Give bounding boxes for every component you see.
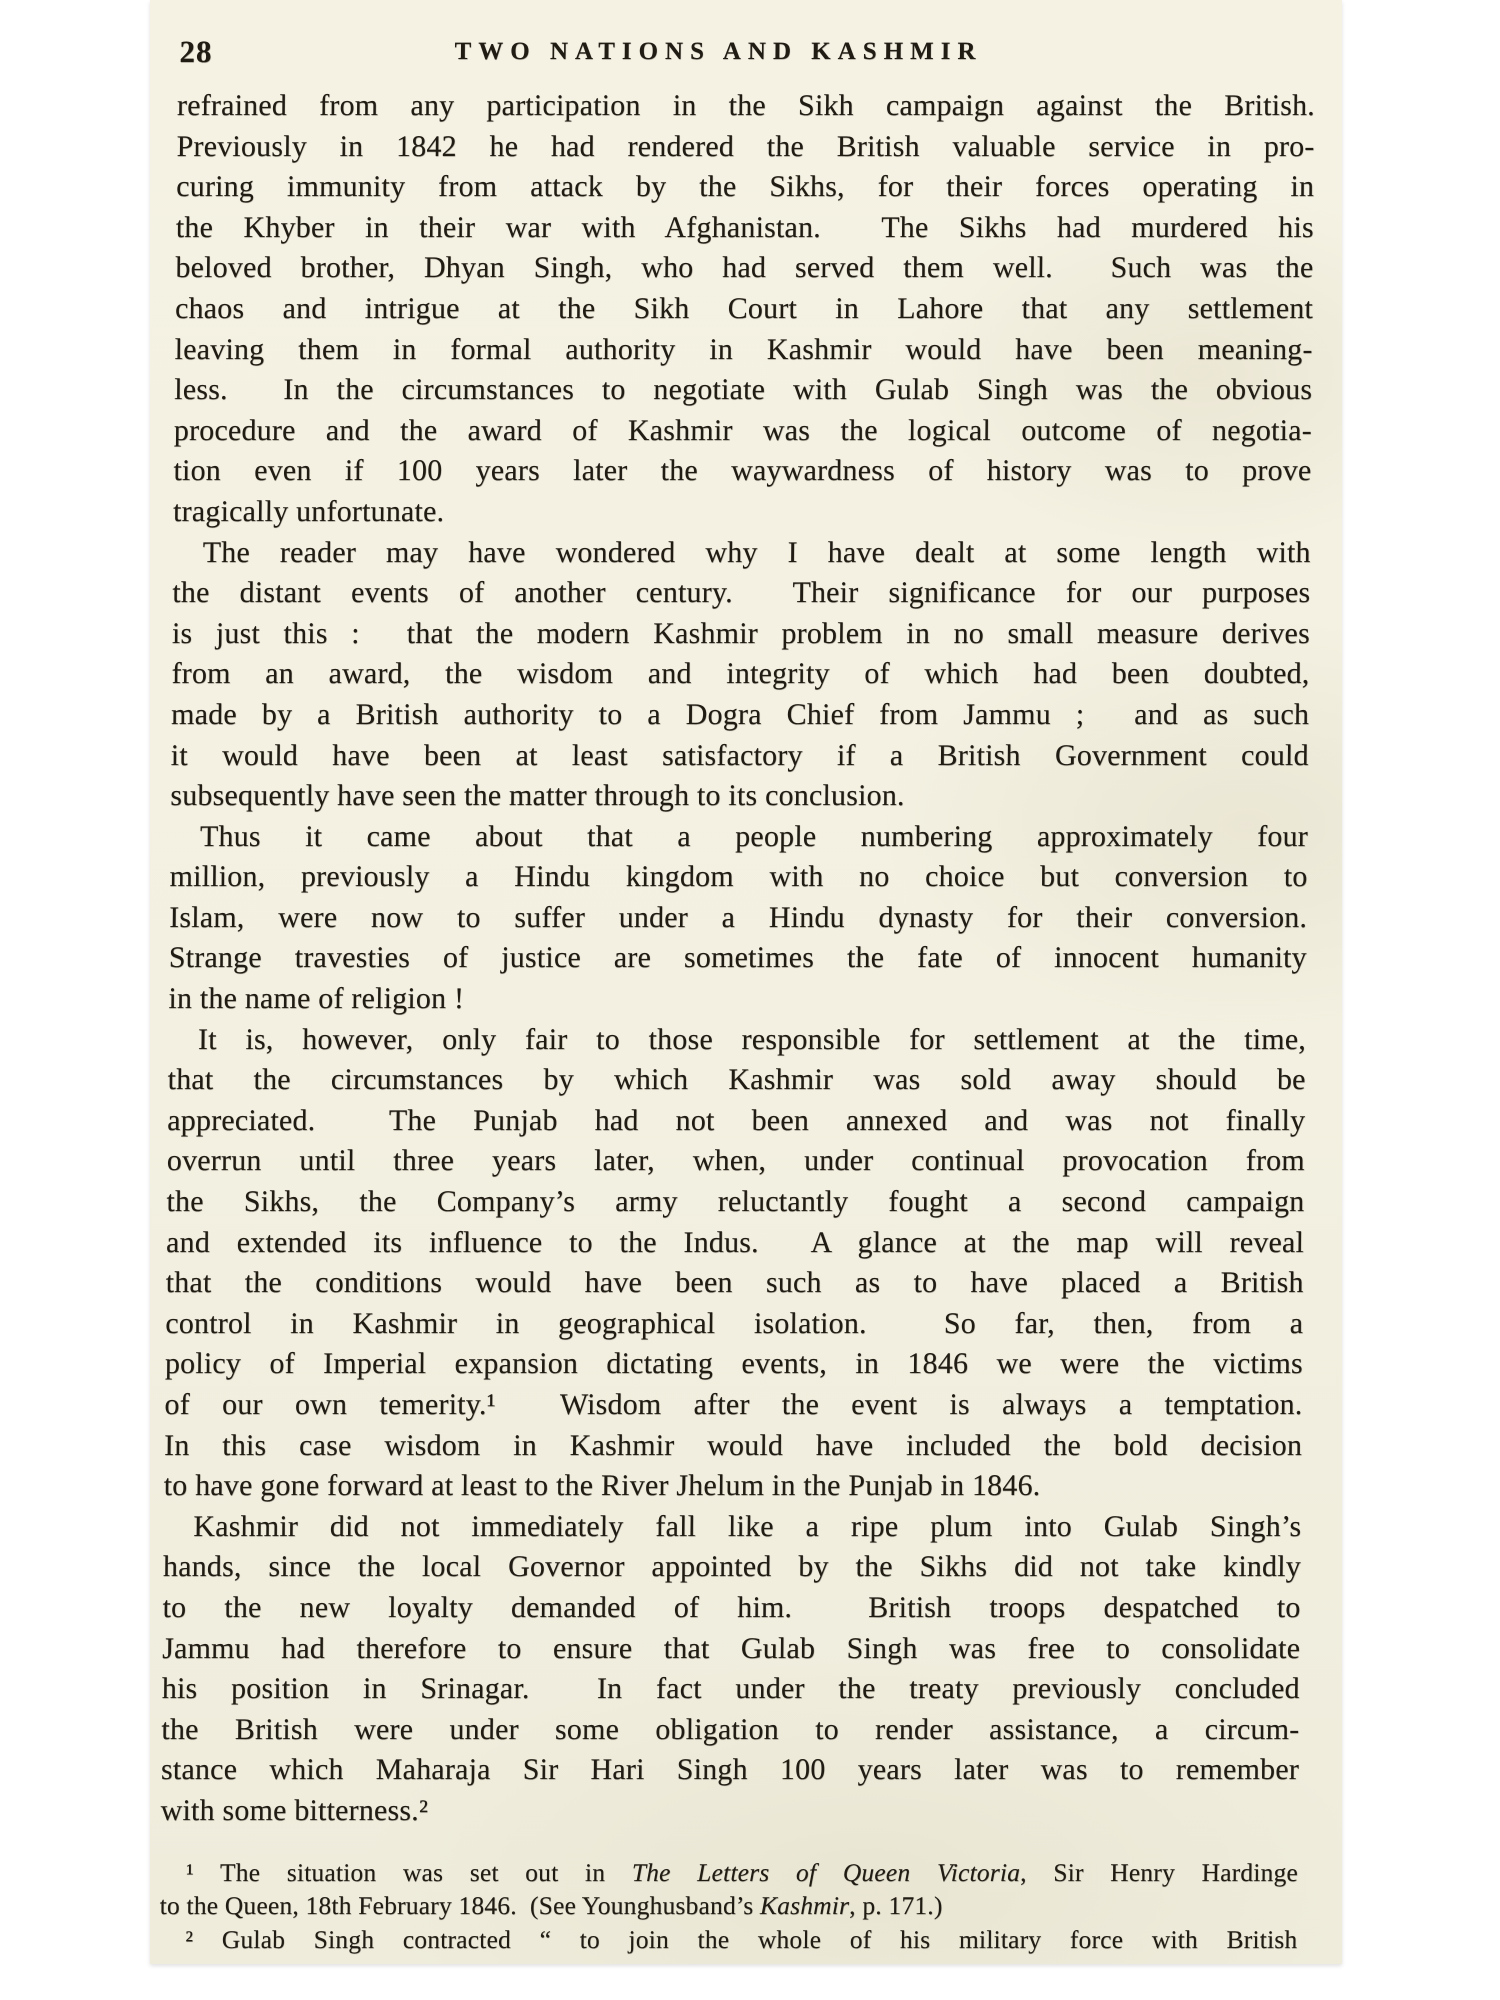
paragraph: The reader may have wondered why I have … — [170, 533, 1311, 817]
text-line: from an award, the wisdom and integrity … — [171, 654, 1309, 695]
text-line: leaving them in formal authority in Kash… — [174, 330, 1312, 371]
text-line: beloved brother, Dhyan Singh, who had se… — [175, 248, 1313, 289]
page-header: 28 TWO NATIONS AND KASHMIR — [177, 30, 1316, 86]
text-line: that the circumstances by which Kashmir … — [167, 1060, 1305, 1101]
running-title: TWO NATIONS AND KASHMIR — [149, 30, 1287, 66]
text-line: Jammu had therefore to ensure that Gulab… — [162, 1629, 1300, 1670]
text-line: to have gone forward at least to the Riv… — [164, 1466, 1302, 1507]
text-line: with some bitterness.² — [160, 1791, 1298, 1832]
text-line: the British were under some obligation t… — [161, 1710, 1299, 1751]
text-line: policy of Imperial expansion dictating e… — [165, 1344, 1303, 1385]
paragraph: It is, however, only fair to those respo… — [164, 1020, 1307, 1507]
text-line: to the new loyalty demanded of him. Brit… — [162, 1588, 1300, 1629]
text-line: Islam, were now to suffer under a Hindu … — [169, 898, 1307, 939]
footnote-line: ² Gulab Singh contracted “ to join the w… — [159, 1923, 1297, 1957]
text-line: Thus it came about that a people numberi… — [170, 817, 1308, 858]
scan-background: 28 TWO NATIONS AND KASHMIR refrained fro… — [0, 0, 1500, 2000]
text-line: refrained from any participation in the … — [177, 86, 1315, 127]
text-line: tragically unfortunate. — [173, 492, 1311, 533]
body-text: refrained from any participation in the … — [160, 86, 1315, 1832]
footnote-line: to the Queen, 18th February 1846. (See Y… — [160, 1889, 1298, 1923]
book-page: 28 TWO NATIONS AND KASHMIR refrained fro… — [150, 0, 1342, 1964]
text-line: subsequently have seen the matter throug… — [170, 776, 1308, 817]
text-line: control in Kashmir in geographical isola… — [165, 1304, 1303, 1345]
text-line: the Khyber in their war with Afghanistan… — [176, 208, 1314, 249]
text-line: of our own temerity.¹ Wisdom after the e… — [164, 1385, 1302, 1426]
text-line: the Sikhs, the Company’s army reluctantl… — [166, 1182, 1304, 1223]
text-line: that the conditions would have been such… — [165, 1263, 1303, 1304]
text-line: and extended its influence to the Indus.… — [166, 1223, 1304, 1264]
footnote-segment: ² Gulab Singh contracted “ to join the w… — [185, 1925, 1297, 1954]
paragraph: Thus it came about that a people numberi… — [168, 817, 1308, 1020]
text-line: procedure and the award of Kashmir was t… — [174, 411, 1312, 452]
text-line: in the name of religion ! — [168, 979, 1306, 1020]
footnotes: ¹ The situation was set out in The Lette… — [159, 1856, 1298, 1957]
text-line: overrun until three years later, when, u… — [167, 1141, 1305, 1182]
text-line: Strange travesties of justice are someti… — [169, 938, 1307, 979]
footnote-segment: ¹ The situation was set out in — [186, 1858, 632, 1887]
text-line: chaos and intrigue at the Sikh Court in … — [175, 289, 1313, 330]
footnote-segment: , Sir Henry Hardinge — [1020, 1858, 1298, 1887]
paragraph: Kashmir did not immediately fall like a … — [160, 1507, 1301, 1832]
page-content: 28 TWO NATIONS AND KASHMIR refrained fro… — [131, 0, 1342, 1957]
text-line: million, previously a Hindu kingdom with… — [169, 857, 1307, 898]
text-line: hands, since the local Governor appointe… — [163, 1547, 1301, 1588]
text-line: the distant events of another century. T… — [172, 573, 1310, 614]
text-line: is just this : that the modern Kashmir p… — [172, 614, 1310, 655]
footnote-italic-segment: Kashmir — [760, 1891, 850, 1920]
footnote-segment: to the Queen, 18th February 1846. (See Y… — [160, 1891, 761, 1920]
footnote-line: ¹ The situation was set out in The Lette… — [160, 1856, 1298, 1890]
text-line: stance which Maharaja Sir Hari Singh 100… — [161, 1750, 1299, 1791]
text-line: less. In the circumstances to negotiate … — [174, 370, 1312, 411]
text-line: his position in Srinagar. In fact under … — [162, 1669, 1300, 1710]
text-line: curing immunity from attack by the Sikhs… — [176, 167, 1314, 208]
text-line: In this case wisdom in Kashmir would hav… — [164, 1426, 1302, 1467]
text-line: It is, however, only fair to those respo… — [168, 1020, 1306, 1061]
text-line: Previously in 1842 he had rendered the B… — [176, 127, 1314, 168]
paragraph: refrained from any participation in the … — [173, 86, 1315, 533]
text-line: made by a British authority to a Dogra C… — [171, 695, 1309, 736]
text-line: it would have been at least satisfactory… — [171, 736, 1309, 777]
text-line: appreciated. The Punjab had not been ann… — [167, 1101, 1305, 1142]
text-line: The reader may have wondered why I have … — [172, 533, 1310, 574]
footnote-italic-segment: The Letters of Queen Victoria — [632, 1858, 1021, 1887]
text-line: tion even if 100 years later the wayward… — [173, 451, 1311, 492]
footnote-segment: , p. 171.) — [849, 1891, 943, 1920]
text-line: Kashmir did not immediately fall like a … — [163, 1507, 1301, 1548]
